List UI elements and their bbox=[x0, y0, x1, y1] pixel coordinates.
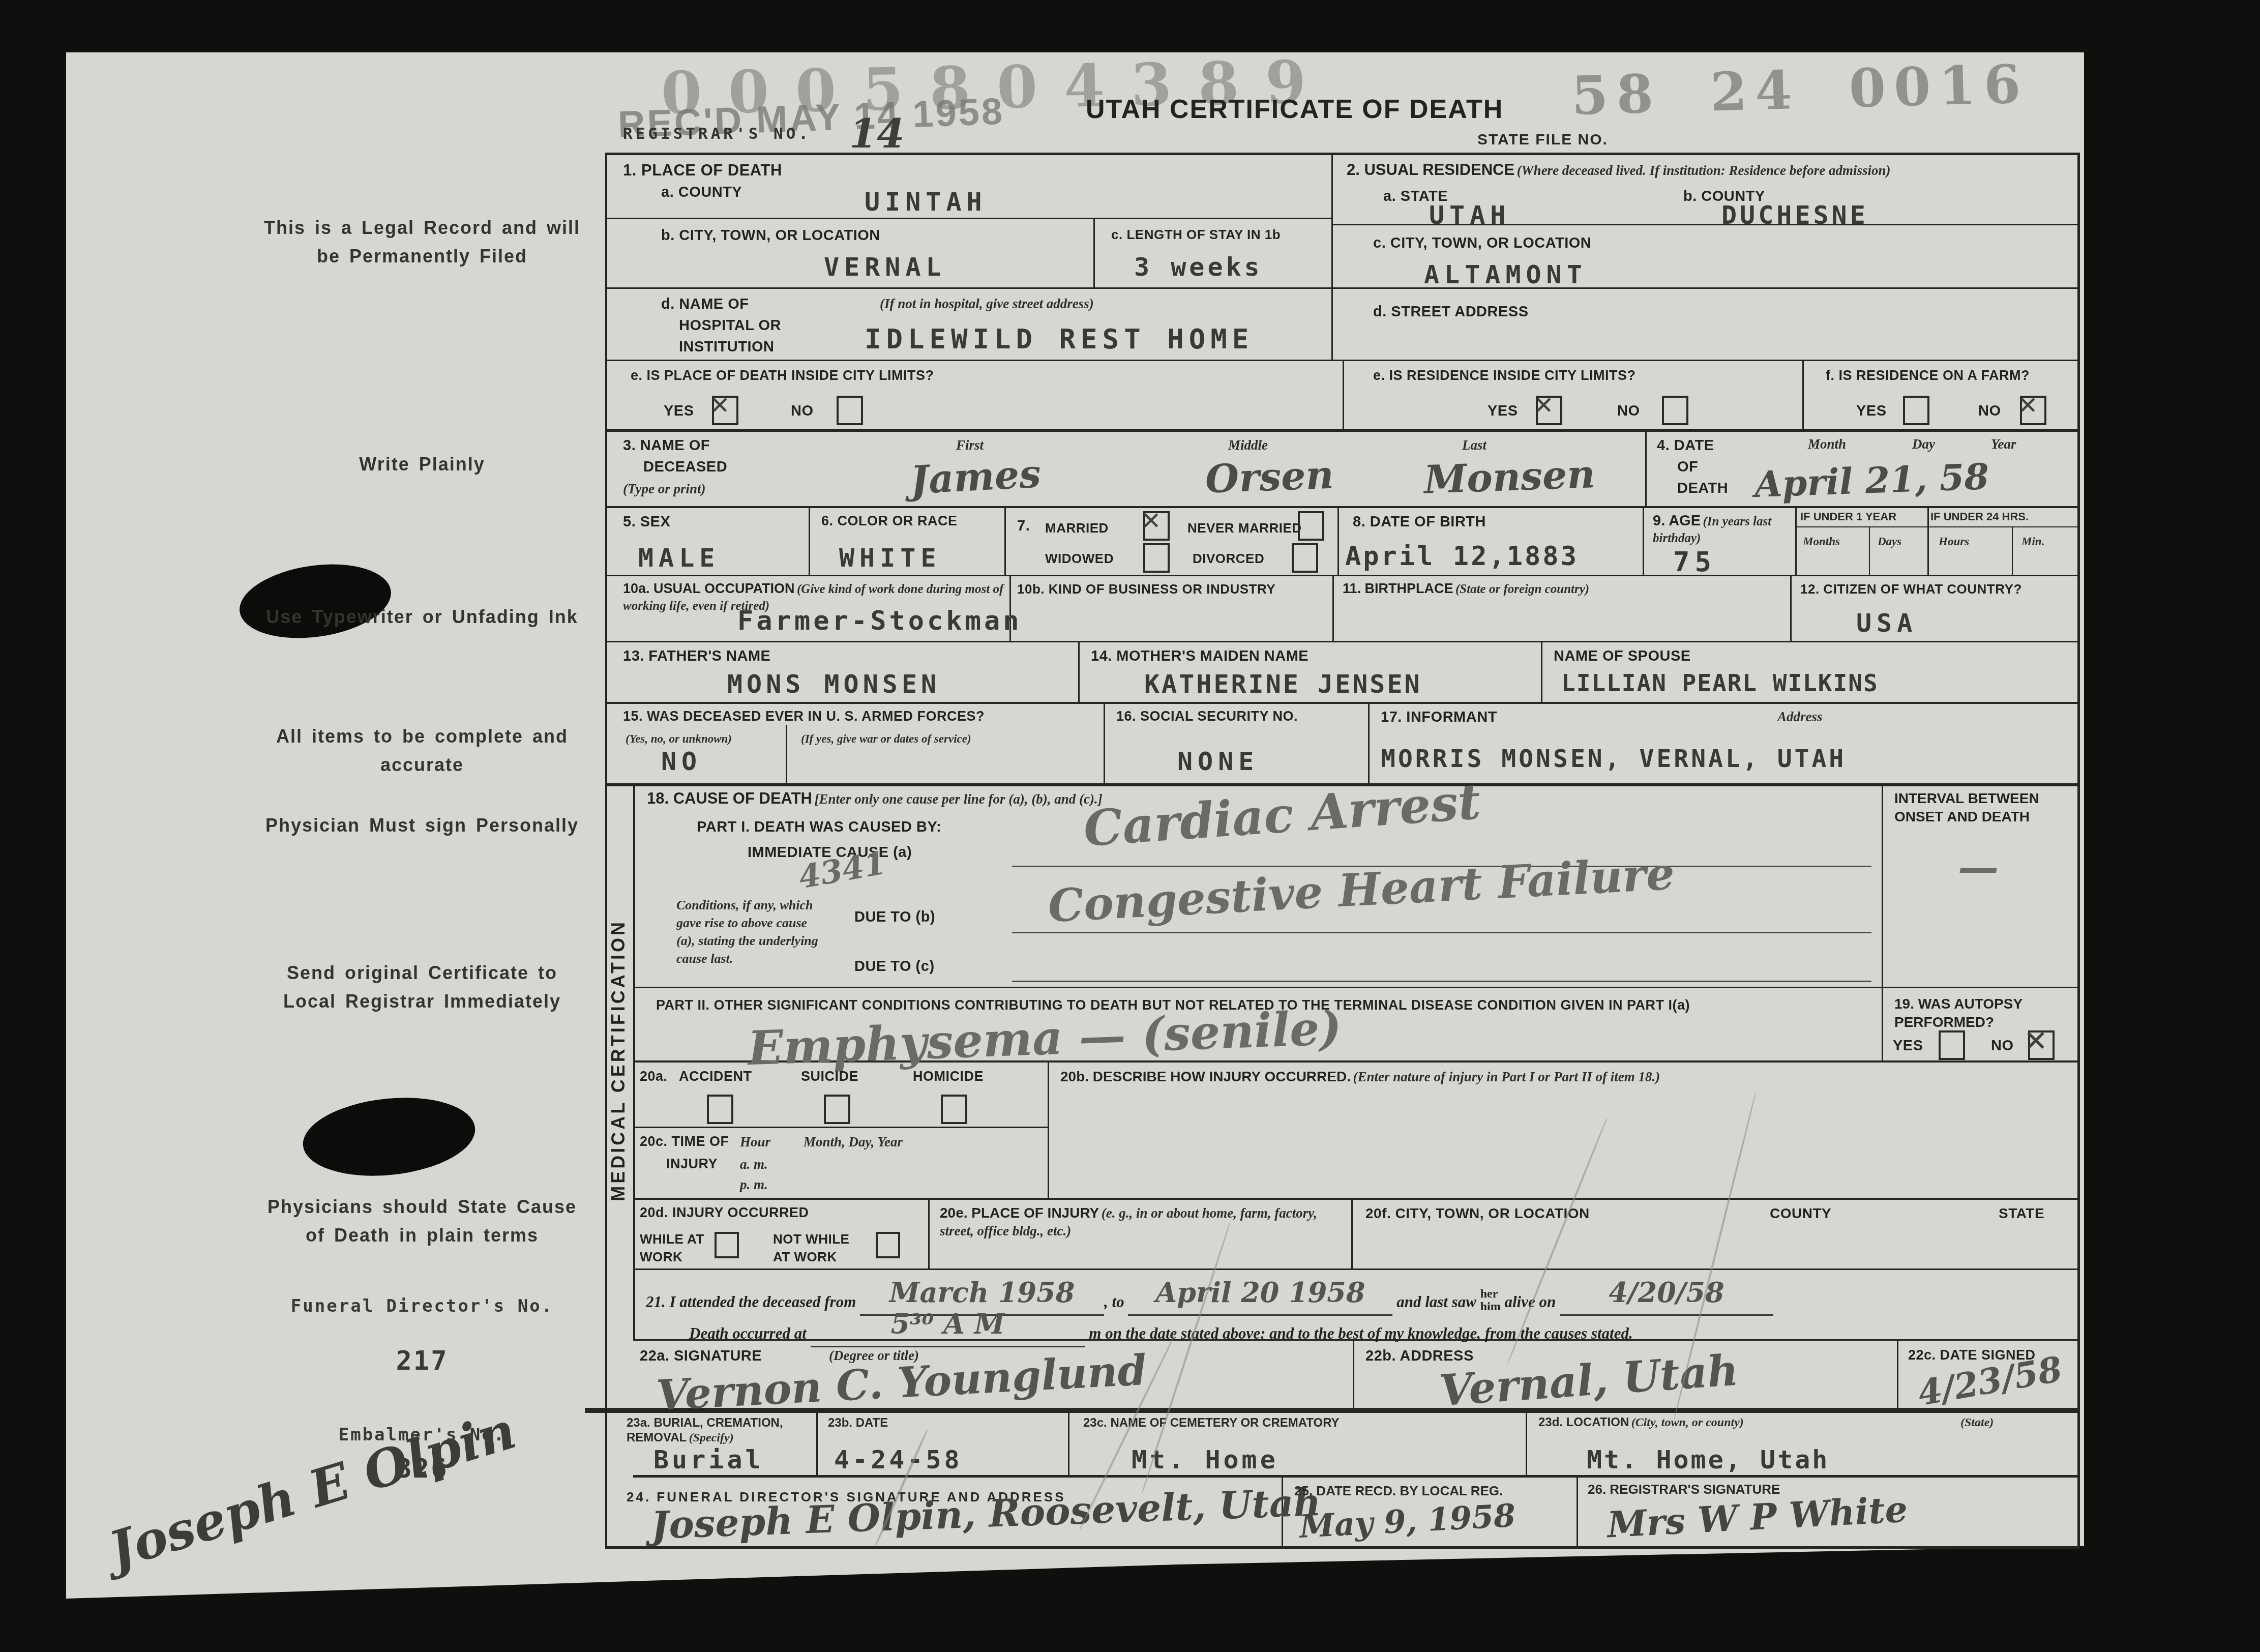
s20e-label-row: 20e. PLACE OF INJURY (e. g., in or about… bbox=[940, 1204, 1342, 1240]
s20c-hour-label: Hour bbox=[740, 1133, 770, 1151]
s12-value: USA bbox=[1856, 610, 1917, 636]
s2f-yes-label: YES bbox=[1856, 402, 1887, 420]
s1d-value: IDLEWILD REST HOME bbox=[865, 326, 1254, 353]
s23a-specify-note: (Specify) bbox=[689, 1431, 734, 1444]
s18-interval-label: INTERVAL BETWEEN ONSET AND DEATH bbox=[1894, 789, 2062, 827]
s15-label: 15. WAS DECEASED EVER IN U. S. ARMED FOR… bbox=[623, 708, 985, 725]
s4-title-3: DEATH bbox=[1677, 479, 1728, 497]
s3-title-1: 3. NAME OF bbox=[623, 436, 710, 455]
margin-note-send-original: Send original Certificate to Local Regis… bbox=[259, 959, 585, 1016]
s20d-while-label-1: WHILE AT bbox=[640, 1231, 704, 1248]
s22b-label: 22b. ADDRESS bbox=[1365, 1347, 1474, 1365]
s20b-label-row: 20b. DESCRIBE HOW INJURY OCCURRED. (Ente… bbox=[1060, 1068, 2052, 1086]
s20a-homicide-label: HOMICIDE bbox=[913, 1068, 984, 1085]
s18-interval-value: — bbox=[1958, 847, 1999, 888]
s23b-value: 4-24-58 bbox=[834, 1447, 963, 1472]
s19-no-mark: ✕ bbox=[2025, 1024, 2046, 1060]
s2e-yes-checkbox: ✕ bbox=[1536, 396, 1562, 425]
s1b-label: b. CITY, TOWN, OR LOCATION bbox=[661, 226, 880, 245]
s21-her-him-stack: herhim bbox=[1480, 1288, 1501, 1313]
s9-label: 9. AGE bbox=[1653, 513, 1701, 529]
s1e-yes-label: YES bbox=[664, 402, 694, 420]
s23d-label: 23d. LOCATION bbox=[1538, 1415, 1629, 1429]
s5-value: MALE bbox=[638, 545, 720, 571]
s23a-label-1: 23a. BURIAL, CREMATION, bbox=[627, 1415, 783, 1431]
s1d-label-2: HOSPITAL OR bbox=[679, 316, 781, 335]
s20a-accident-checkbox bbox=[707, 1095, 733, 1124]
s9-min-label: Min. bbox=[2021, 534, 2044, 549]
s2f-no-mark: ✕ bbox=[2019, 392, 2037, 421]
s4-day-label: Day bbox=[1912, 435, 1935, 453]
s7-divorced-label: DIVORCED bbox=[1193, 550, 1264, 567]
s21-to-value: April 20 1958 bbox=[1155, 1276, 1365, 1309]
margin-note-physician-sign: Physician Must sign Personally bbox=[259, 811, 585, 840]
margin-note-typewriter: Use Typewriter or Unfading Ink bbox=[259, 603, 585, 631]
s19-no-label: NO bbox=[1991, 1037, 2014, 1055]
s20d-not-while-checkbox bbox=[876, 1232, 900, 1258]
s17-label: 17. INFORMANT bbox=[1381, 708, 1497, 726]
s3-title-note: (Type or print) bbox=[623, 480, 705, 498]
s21-from-value: March 1958 bbox=[889, 1276, 1075, 1309]
s4-title-2: OF bbox=[1677, 458, 1698, 476]
s15-note-2: (If yes, give war or dates of service) bbox=[801, 731, 971, 747]
s7-never-married-checkbox bbox=[1298, 511, 1324, 541]
s17-value: MORRIS MONSEN, VERNAL, UTAH bbox=[1381, 747, 1846, 771]
s1a-label: a. COUNTY bbox=[661, 183, 742, 201]
s3-last-label: Last bbox=[1462, 436, 1486, 454]
s12-label: 12. CITIZEN OF WHAT COUNTRY? bbox=[1800, 581, 2022, 598]
s20a-homicide-checkbox bbox=[941, 1095, 967, 1124]
s23a-label-2: REMOVAL (Specify) bbox=[627, 1430, 734, 1446]
s23c-label: 23c. NAME OF CEMETERY OR CREMATORY bbox=[1083, 1415, 1340, 1431]
s23d-value: Mt. Home, Utah bbox=[1587, 1447, 1829, 1472]
s23d-label-row: 23d. LOCATION (City, town, or county) bbox=[1538, 1415, 1744, 1431]
s3-first-value: James bbox=[909, 454, 1042, 499]
state-file-no-stamp: 58 24 0016 bbox=[1571, 57, 2030, 123]
s21-to-underline: April 20 1958 bbox=[1128, 1284, 1392, 1316]
s4-year-label: Year bbox=[1991, 435, 2016, 453]
s1e-yes-mark: ✕ bbox=[711, 392, 729, 421]
s2e-yes-mark: ✕ bbox=[1535, 392, 1553, 421]
s7-divorced-checkbox bbox=[1292, 543, 1318, 573]
s2c-value: ALTAMONT bbox=[1424, 262, 1587, 287]
s10b-label: 10b. KIND OF BUSINESS OR INDUSTRY bbox=[1017, 581, 1275, 598]
s20d-while-checkbox bbox=[715, 1232, 739, 1258]
s3-title-2: DECEASED bbox=[643, 458, 727, 476]
s19-yes-checkbox bbox=[1939, 1030, 1965, 1060]
s1c-value: 3 weeks bbox=[1134, 254, 1263, 280]
funeral-director-no-label: Funeral Director's No. bbox=[239, 1294, 605, 1319]
s3-first-label: First bbox=[956, 436, 984, 454]
s1-title: 1. PLACE OF DEATH bbox=[623, 161, 782, 181]
s21-line-2: Death occurred at 5³⁰ A M m on the date … bbox=[689, 1315, 1633, 1347]
s1d-label-3: INSTITUTION bbox=[679, 338, 775, 356]
s23d-state-note: (State) bbox=[1960, 1415, 1994, 1431]
s14-label: 14. MOTHER'S MAIDEN NAME bbox=[1091, 647, 1309, 665]
spouse-value: LILLIAN PEARL WILKINS bbox=[1561, 671, 1879, 695]
registrar-no-label: REGISTRAR'S NO. bbox=[623, 125, 811, 143]
s7-widowed-checkbox bbox=[1143, 543, 1170, 573]
s2e-no-label: NO bbox=[1617, 402, 1640, 420]
s14-value: KATHERINE JENSEN bbox=[1144, 671, 1422, 697]
s23a-value: Burial bbox=[653, 1447, 764, 1472]
s20f-county-label: COUNTY bbox=[1770, 1204, 1831, 1222]
s15-note-1: (Yes, no, or unknown) bbox=[626, 731, 732, 747]
s8-label: 8. DATE OF BIRTH bbox=[1353, 513, 1486, 531]
s13-label: 13. FATHER'S NAME bbox=[623, 647, 770, 665]
s3-last-value: Monsen bbox=[1423, 455, 1596, 499]
s6-value: WHITE bbox=[839, 545, 941, 571]
s2-title: 2. USUAL RESIDENCE bbox=[1347, 161, 1514, 179]
s18-label-row: 18. CAUSE OF DEATH [Enter only one cause… bbox=[647, 789, 1103, 808]
s15-value: NO bbox=[661, 749, 702, 774]
funeral-director-no-value: 217 bbox=[239, 1343, 605, 1380]
s1c-label: c. LENGTH OF STAY IN 1b bbox=[1111, 226, 1281, 243]
s21-alive-value: 4/20/58 bbox=[1609, 1276, 1724, 1309]
s20b-label: 20b. DESCRIBE HOW INJURY OCCURRED. bbox=[1060, 1069, 1351, 1084]
medical-certification-label: MEDICAL CERTIFICATION bbox=[608, 920, 629, 1201]
s1d-note: (If not in hospital, give street address… bbox=[880, 295, 1094, 313]
s18-label: 18. CAUSE OF DEATH bbox=[647, 789, 812, 807]
s9-under24-label: IF UNDER 24 HRS. bbox=[1930, 510, 2029, 524]
s23b-label: 23b. DATE bbox=[828, 1415, 888, 1431]
s3-middle-value: Orsen bbox=[1205, 456, 1334, 499]
margin-note-legal-record: This is a Legal Record and will be Perma… bbox=[259, 214, 585, 271]
s18-due-c-label: DUE TO (c) bbox=[854, 957, 935, 976]
s21-line-1: 21. I attended the deceased from March 1… bbox=[646, 1284, 1773, 1316]
s2e-no-checkbox bbox=[1662, 396, 1688, 425]
s2e-label: e. IS RESIDENCE INSIDE CITY LIMITS? bbox=[1373, 367, 1636, 385]
s20a-suicide-label: SUICIDE bbox=[801, 1068, 858, 1085]
s21-him-label: him bbox=[1480, 1301, 1501, 1313]
s9-value: 75 bbox=[1673, 548, 1716, 576]
s8-value: April 12,1883 bbox=[1345, 543, 1579, 570]
s20c-mdy-label: Month, Day, Year bbox=[804, 1133, 903, 1151]
s2c-label: c. CITY, TOWN, OR LOCATION bbox=[1373, 234, 1591, 252]
s1a-value: UINTAH bbox=[865, 189, 987, 215]
s7-widowed-label: WIDOWED bbox=[1045, 550, 1114, 567]
s16-value: NONE bbox=[1177, 749, 1259, 774]
s20a-suicide-checkbox bbox=[824, 1095, 850, 1124]
s1e-no-label: NO bbox=[791, 402, 814, 420]
s7-label: 7. bbox=[1017, 517, 1030, 535]
s7-married-checkbox: ✕ bbox=[1143, 511, 1170, 541]
s19-yes-label: YES bbox=[1893, 1037, 1923, 1055]
s6-label: 6. COLOR OR RACE bbox=[821, 513, 958, 530]
s9-months-label: Months bbox=[1803, 534, 1840, 549]
s20c-label-2: INJURY bbox=[666, 1156, 718, 1173]
s2a-value: UTAH bbox=[1429, 202, 1510, 228]
s7-married-label: MARRIED bbox=[1045, 520, 1109, 537]
s1e-label: e. IS PLACE OF DEATH INSIDE CITY LIMITS? bbox=[631, 367, 934, 385]
s18-label-note: [Enter only one cause per line for (a), … bbox=[814, 791, 1102, 807]
scanned-death-certificate: This is a Legal Record and will be Perma… bbox=[0, 0, 2260, 1652]
s2f-no-label: NO bbox=[1978, 402, 2001, 420]
s2f-no-checkbox: ✕ bbox=[2020, 396, 2046, 425]
margin-note-complete-accurate: All items to be complete and accurate bbox=[259, 722, 585, 779]
s22a-label: 22a. SIGNATURE bbox=[640, 1347, 762, 1365]
s21-time-underline: 5³⁰ A M bbox=[811, 1315, 1085, 1347]
s20c-pm-label: p. m. bbox=[740, 1176, 768, 1194]
medical-certification-strip: MEDICAL CERTIFICATION bbox=[603, 793, 634, 1327]
s21-time-value: 5³⁰ A M bbox=[890, 1308, 1004, 1340]
s13-value: MONS MONSEN bbox=[727, 671, 940, 697]
s7-never-married-label: NEVER MARRIED bbox=[1187, 520, 1302, 537]
s20d-not-while-label-1: NOT WHILE bbox=[773, 1231, 849, 1248]
s9-hours-label: Hours bbox=[1939, 534, 1969, 549]
s1d-label-1: d. NAME OF bbox=[661, 295, 749, 313]
s1b-value: VERNAL bbox=[824, 254, 946, 280]
s4-value: April 21, 58 bbox=[1754, 459, 1989, 503]
s20d-not-while-label-2: AT WORK bbox=[773, 1249, 837, 1265]
s21-pre-label: 21. I attended the deceased from bbox=[646, 1293, 856, 1311]
s2f-yes-checkbox bbox=[1903, 396, 1929, 425]
s20f-label: 20f. CITY, TOWN, OR LOCATION bbox=[1365, 1204, 1590, 1222]
s25-label: 25. DATE RECD. BY LOCAL REG. bbox=[1294, 1483, 1503, 1500]
s2-title-note: (Where deceased lived. If institution: R… bbox=[1517, 163, 1891, 178]
s21-alive-underline: 4/20/58 bbox=[1560, 1284, 1773, 1316]
s17-address-label: Address bbox=[1777, 708, 1823, 726]
s9-days-label: Days bbox=[1878, 534, 1901, 549]
s18-conditions-note: Conditions, if any, which gave rise to a… bbox=[676, 896, 829, 967]
s21-to-label: , to bbox=[1104, 1293, 1124, 1311]
margin-note-plain-terms: Physicians should State Cause of Death i… bbox=[259, 1193, 585, 1250]
s21-death-label: Death occurred at bbox=[689, 1324, 807, 1342]
s4-month-label: Month bbox=[1808, 435, 1846, 453]
s9-under1-label: IF UNDER 1 YEAR bbox=[1800, 510, 1896, 524]
s5-label: 5. SEX bbox=[623, 513, 670, 531]
s9-label-row: 9. AGE (In years last birthday) bbox=[1653, 513, 1785, 547]
s1e-yes-checkbox: ✕ bbox=[712, 396, 738, 425]
s11-label-note: (State or foreign country) bbox=[1455, 582, 1589, 596]
s23d-note: (City, town, or county) bbox=[1631, 1416, 1744, 1429]
spouse-label: NAME OF SPOUSE bbox=[1554, 647, 1691, 665]
s20e-label: 20e. PLACE OF INJURY bbox=[940, 1205, 1099, 1221]
s21-her-label: her bbox=[1480, 1288, 1501, 1301]
s20c-label-1: 20c. TIME OF bbox=[640, 1133, 729, 1150]
state-file-no-label: STATE FILE NO. bbox=[1477, 131, 1608, 149]
s19-no-checkbox: ✕ bbox=[2028, 1030, 2055, 1060]
s7-married-mark: ✕ bbox=[1142, 507, 1160, 537]
margin-note-write-plainly: Write Plainly bbox=[259, 450, 585, 479]
s18-due-b-label: DUE TO (b) bbox=[854, 908, 935, 926]
s2e-yes-label: YES bbox=[1488, 402, 1518, 420]
s20d-while-label-2: WORK bbox=[640, 1249, 682, 1265]
s18-part1-label: PART I. DEATH WAS CAUSED BY: bbox=[697, 818, 941, 836]
s20a-label: 20a. bbox=[640, 1068, 668, 1085]
s21-saw-label: and last saw bbox=[1396, 1293, 1476, 1311]
s11-label: 11. BIRTHPLACE bbox=[1343, 581, 1453, 596]
s2f-label: f. IS RESIDENCE ON A FARM? bbox=[1826, 367, 2030, 385]
s2-title-row: 2. USUAL RESIDENCE (Where deceased lived… bbox=[1347, 161, 2069, 180]
s21-post-label: m on the date stated above; and to the b… bbox=[1089, 1324, 1632, 1342]
s11-label-row: 11. BIRTHPLACE (State or foreign country… bbox=[1343, 581, 1589, 598]
s20f-state-label: STATE bbox=[1999, 1204, 2044, 1222]
s20c-am-label: a. m. bbox=[740, 1156, 768, 1173]
s16-label: 16. SOCIAL SECURITY NO. bbox=[1116, 708, 1298, 725]
s20a-accident-label: ACCIDENT bbox=[679, 1068, 752, 1085]
s1e-no-checkbox bbox=[837, 396, 863, 425]
s23a-removal-label: REMOVAL bbox=[627, 1431, 687, 1444]
s2b-value: DUCHESNE bbox=[1721, 202, 1868, 228]
s20d-label: 20d. INJURY OCCURRED bbox=[640, 1204, 809, 1222]
s10a-label: 10a. USUAL OCCUPATION bbox=[623, 581, 795, 596]
s3-middle-label: Middle bbox=[1228, 436, 1268, 454]
form-title: UTAH CERTIFICATE OF DEATH bbox=[1086, 94, 1503, 125]
registrar-no-value: 14 bbox=[849, 114, 905, 154]
s10a-value: Farmer-Stockman bbox=[737, 608, 1022, 634]
s20b-note: (Enter nature of injury in Part I or Par… bbox=[1353, 1069, 1660, 1084]
s2d-label: d. STREET ADDRESS bbox=[1373, 303, 1529, 321]
s4-title-1: 4. DATE bbox=[1657, 436, 1714, 455]
